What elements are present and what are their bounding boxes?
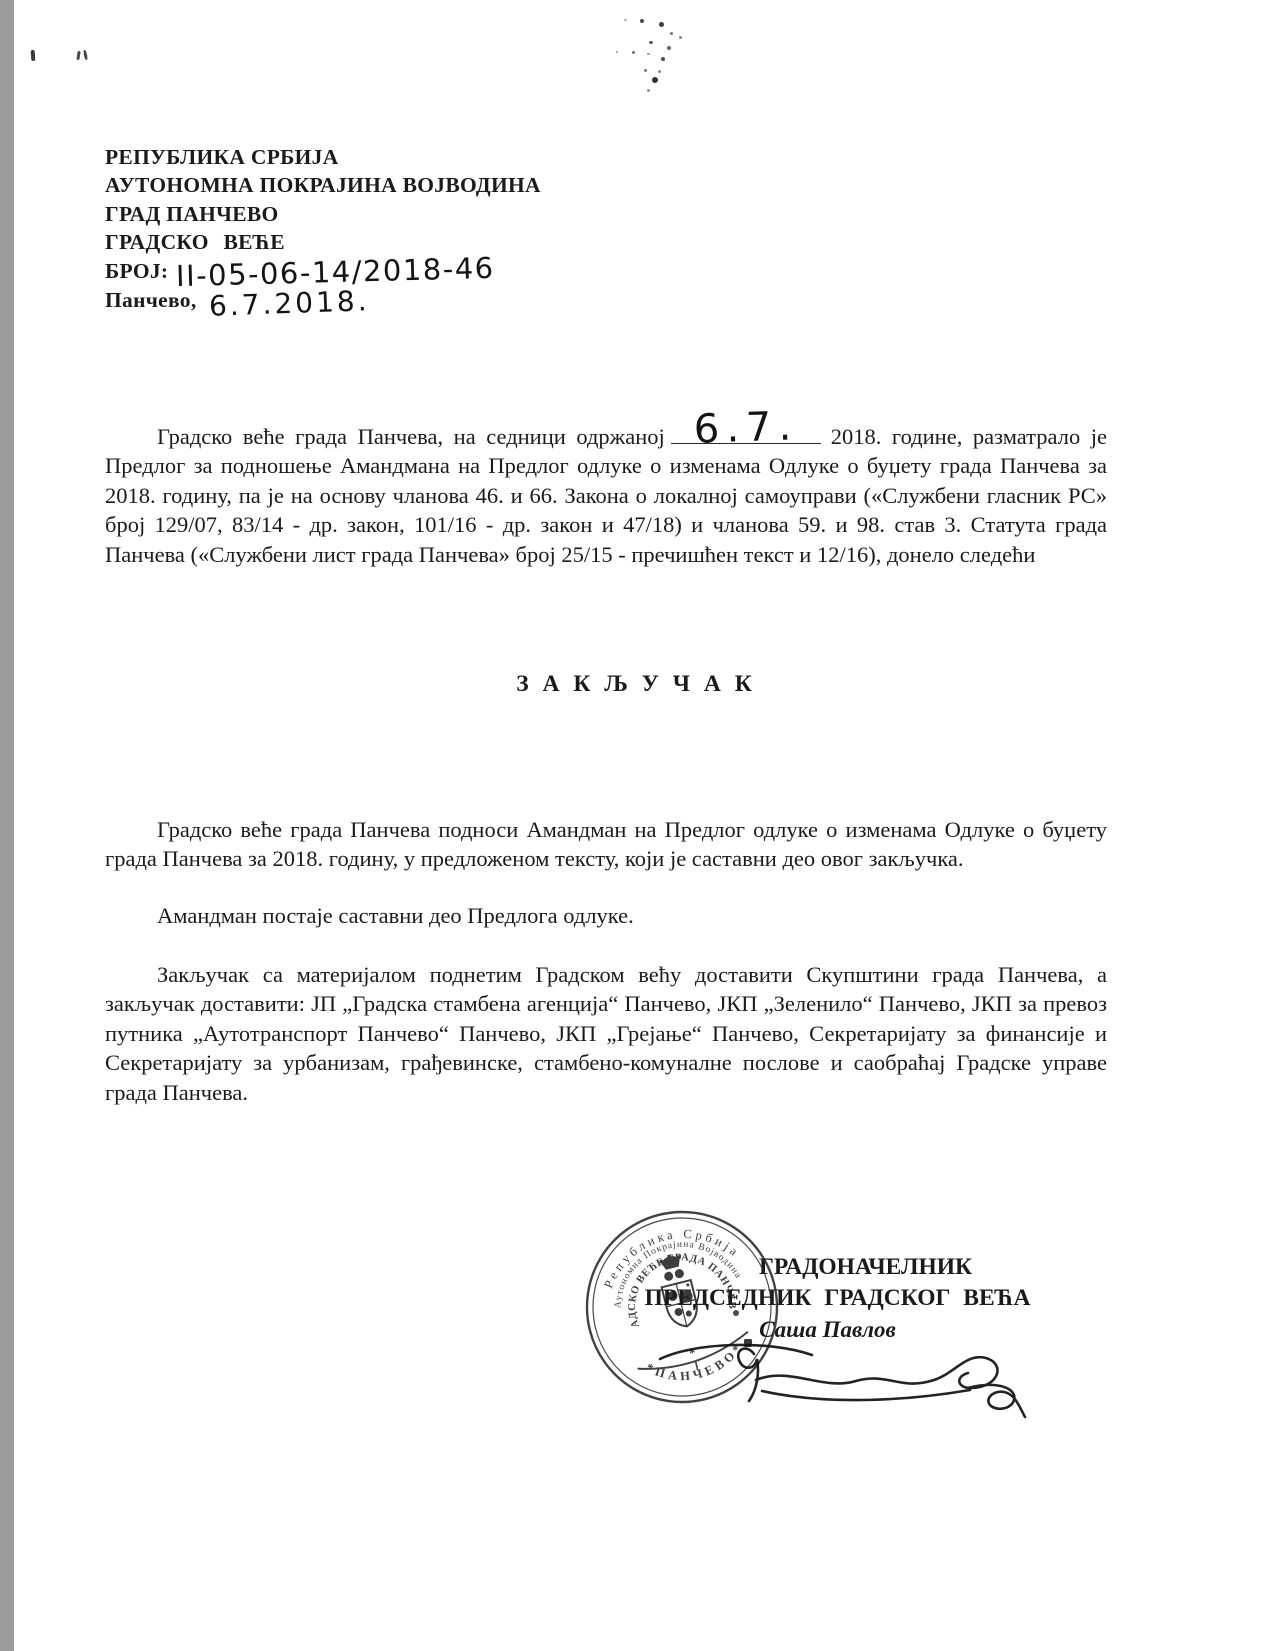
date-blank-line: 6.7.	[671, 423, 821, 444]
scan-edge-strip	[0, 0, 14, 1651]
letterhead: РЕПУБЛИКА СРБИЈА АУТОНОМНА ПОКРАЈИНА ВОЈ…	[105, 143, 541, 318]
place-date-row: Панчево,6.7.2018.	[105, 286, 541, 318]
paragraph-intro-before-blank: Градско веће града Панчева, на седници о…	[157, 424, 665, 449]
handwritten-signature	[650, 1333, 1030, 1425]
letterhead-province: АУТОНОМНА ПОКРАЈИНА ВОЈВОДИНА	[105, 171, 541, 199]
stamp-ink-dot	[733, 1310, 739, 1316]
handwritten-date: 6.7.2018.	[208, 287, 369, 321]
paragraph-amendment-submission: Градско веће града Панчева подноси Аманд…	[105, 815, 1107, 874]
paragraph-amendment-integral: Амандман постаје саставни део Предлога о…	[105, 901, 1107, 931]
handwritten-session-date: 6.7.	[693, 412, 798, 445]
stamp-ring-inner-text: ГРАДСКО ВЕЋЕ ГРАДА ПАНЧЕВА	[581, 1206, 739, 1347]
paragraph-distribution: Закључак са материјалом поднетим Градско…	[105, 960, 1107, 1108]
paragraph-intro: Градско веће града Панчева, на седници о…	[105, 422, 1107, 570]
letterhead-country: РЕПУБЛИКА СРБИЈА	[105, 143, 541, 171]
document-title: З А К Љ У Ч А К	[105, 671, 1167, 698]
document-number-label: БРОЈ:	[105, 259, 168, 283]
scanned-document-page: РЕПУБЛИКА СРБИЈА АУТОНОМНА ПОКРАЈИНА ВОЈ…	[0, 0, 1275, 1651]
document-number-row: БРОЈ:II-05-06-14/2018-46	[105, 257, 541, 286]
letterhead-city: ГРАД ПАНЧЕВО	[105, 200, 541, 228]
